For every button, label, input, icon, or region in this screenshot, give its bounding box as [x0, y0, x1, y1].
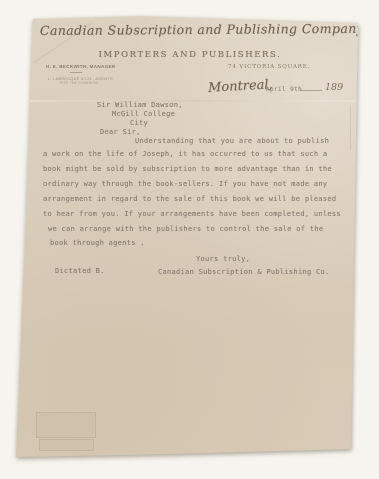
recipient-name: Sir William Dawson, — [97, 101, 183, 109]
salutation: Dear Sir, — [100, 128, 141, 136]
body-line: to hear from you. If your arrangements h… — [43, 210, 341, 218]
edge-crease — [350, 105, 351, 150]
recipient-institution: McGill College — [112, 110, 175, 118]
body-line: we can arrange with the publishers to co… — [48, 225, 323, 233]
paper-shadow: Canadian Subscription and Publishing Com… — [0, 0, 379, 479]
date-typed: April 9th — [266, 86, 302, 93]
divider-dash — [70, 72, 82, 73]
fold-crease — [28, 100, 355, 102]
embossed-stamp — [36, 412, 96, 438]
manager-line: H. E. BECKWITH, MANAGER — [46, 64, 115, 69]
company-name: Canadian Subscription and Publishing Com… — [40, 21, 340, 38]
place-name: Montreal, — [208, 77, 273, 95]
recipient-city: City — [130, 119, 148, 127]
letter-paper: Canadian Subscription and Publishing Com… — [0, 0, 379, 479]
company-subtitle: IMPORTERS AND PUBLISHERS. — [70, 50, 310, 60]
closing: Yours truly, — [196, 255, 250, 263]
body-line: book through agents . — [50, 239, 145, 247]
body-line: a work on the life of Joseph, it has occ… — [43, 150, 327, 158]
body-line: ordinary way through the book-sellers. I… — [43, 180, 327, 188]
body-line: Understanding that you are about to publ… — [135, 137, 329, 145]
scanned-letter: Canadian Subscription and Publishing Com… — [0, 0, 379, 479]
agent-line-2: FOR THE DOMINION — [60, 81, 98, 85]
body-line: book might be sold by subscription to mo… — [43, 165, 332, 173]
date-year-printed: 189 — [325, 82, 343, 93]
embossed-stamp-lower — [39, 439, 94, 451]
signature: Canadian Subscription & Publishing Co. — [158, 268, 330, 276]
body-line: arrangement in regard to the sale of thi… — [43, 195, 336, 203]
street-address: 74 VICTORIA SQUARE. — [228, 64, 310, 70]
dictation-note: Dictated B. — [55, 267, 105, 275]
date-dash — [300, 90, 322, 91]
